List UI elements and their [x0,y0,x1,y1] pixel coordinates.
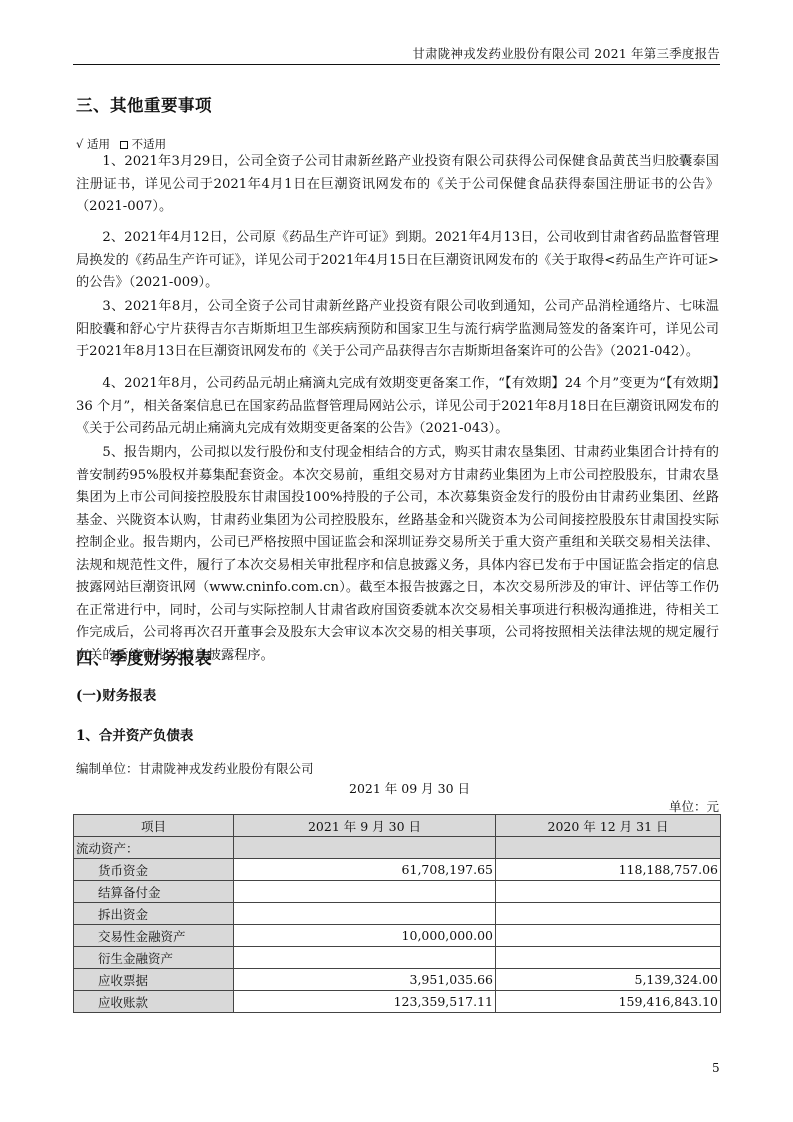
page-number: 5 [712,1061,720,1075]
row-label: 衍生金融资产 [74,947,234,969]
table-row-section: 流动资产： [74,837,721,859]
row-label: 交易性金融资产 [74,925,234,947]
cell-current: 61,708,197.65 [234,859,496,881]
row-label: 流动资产： [74,837,234,859]
column-header-previous: 2020 年 12 月 31 日 [496,815,721,837]
paragraph-item-2: 2、2021年4月12日，公司原《药品生产许可证》到期。2021年4月13日，公… [76,227,719,295]
cell-previous: 118,188,757.06 [496,859,721,881]
row-label: 应收账款 [74,991,234,1013]
table-title: 1、合并资产负债表 [76,724,193,744]
cell-previous [496,881,721,903]
row-label: 货币资金 [74,859,234,881]
row-label: 拆出资金 [74,903,234,925]
cell-previous [496,925,721,947]
applies-label: 适用 [87,137,110,151]
not-applies-label: 不适用 [132,137,167,151]
cell-previous [496,947,721,969]
check-mark-icon: √ [76,137,83,151]
applicability-line: √ 适用 不适用 [76,136,166,152]
paragraph-item-4: 4、2021年8月，公司药品元胡止痛滴丸完成有效期变更备案工作，“【有效期】24… [76,373,719,441]
balance-sheet-table: 项目 2021 年 9 月 30 日 2020 年 12 月 31 日 流动资产… [73,814,721,1013]
paragraph-item-5: 5、报告期内，公司拟以发行股份和支付现金相结合的方式，购买甘肃农垦集团、甘肃药业… [76,442,719,667]
table-row: 应收账款 123,359,517.11 159,416,843.10 [74,991,721,1013]
cell-previous: 159,416,843.10 [496,991,721,1013]
cell-current: 3,951,035.66 [234,969,496,991]
table-row: 衍生金融资产 [74,947,721,969]
table-row: 货币资金 61,708,197.65 118,188,757.06 [74,859,721,881]
table-row: 交易性金融资产 10,000,000.00 [74,925,721,947]
table-row: 应收票据 3,951,035.66 5,139,324.00 [74,969,721,991]
table-header-row: 项目 2021 年 9 月 30 日 2020 年 12 月 31 日 [74,815,721,837]
cell-current [234,837,496,859]
row-label: 应收票据 [74,969,234,991]
section-title-financial-statements: 四、季度财务报表 [76,645,212,669]
compiler-unit: 编制单位：甘肃陇神戎发药业股份有限公司 [76,759,314,777]
column-header-item: 项目 [74,815,234,837]
cell-previous: 5,139,324.00 [496,969,721,991]
checkbox-empty-icon [120,141,128,149]
table-row: 拆出资金 [74,903,721,925]
paragraph-item-1: 1、2021年3月29日，公司全资子公司甘肃新丝路产业投资有限公司获得公司保健食… [76,151,719,219]
report-date: 2021 年 09 月 30 日 [349,779,470,797]
header-divider [73,64,720,65]
cell-previous [496,903,721,925]
cell-current [234,881,496,903]
page-header-title: 甘肃陇神戎发药业股份有限公司 2021 年第三季度报告 [412,44,720,62]
row-label: 结算备付金 [74,881,234,903]
paragraph-item-3: 3、2021年8月，公司全资子公司甘肃新丝路产业投资有限公司收到通知，公司产品消… [76,296,719,364]
cell-previous [496,837,721,859]
table-row: 结算备付金 [74,881,721,903]
currency-unit: 单位：元 [669,797,719,815]
cell-current: 123,359,517.11 [234,991,496,1013]
subsection-title: (一)财务报表 [76,684,156,704]
cell-current [234,947,496,969]
column-header-current: 2021 年 9 月 30 日 [234,815,496,837]
cell-current [234,903,496,925]
cell-current: 10,000,000.00 [234,925,496,947]
section-title-other-matters: 三、其他重要事项 [76,92,212,116]
